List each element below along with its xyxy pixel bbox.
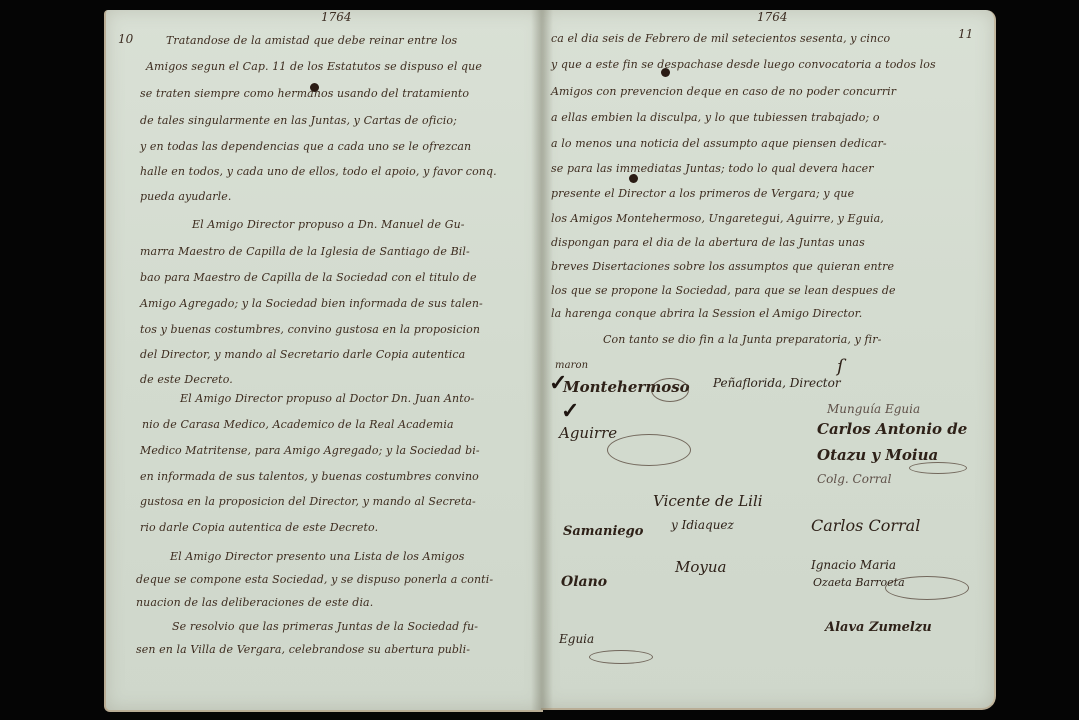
text-line: breves Disertaciones sobre los assumptos…	[551, 260, 894, 273]
text-line: Con tanto se dio fin a la Junta preparat…	[603, 333, 881, 346]
signature-flourish	[909, 462, 967, 474]
signature: Ignacio Maria	[811, 558, 896, 572]
text-line: Amigos segun el Cap. 11 de los Estatutos…	[146, 60, 482, 73]
text-line: de este Decreto.	[140, 373, 233, 386]
signature-flourish	[885, 576, 969, 600]
text-line: bao para Maestro de Capilla de la Socied…	[140, 271, 477, 284]
text-line: Amigo Agregado; y la Sociedad bien infor…	[140, 297, 483, 310]
signature: Vicente de Lili	[653, 492, 763, 510]
signature-flourish	[589, 650, 653, 664]
signature: Otazu y Moiua	[817, 446, 938, 464]
ink-blot	[661, 68, 670, 77]
text-line: nuacion de las deliberaciones de este di…	[136, 596, 373, 609]
text-line: presente el Director a los primeros de V…	[551, 187, 854, 200]
left-page: 1764 10 Tratandose de la amistad que deb…	[104, 10, 543, 712]
folio-number-left: 10	[118, 32, 133, 46]
signature: Carlos Antonio de	[817, 420, 967, 438]
text-line: tos y buenas costumbres, convino gustosa…	[140, 323, 480, 336]
text-line: del Director, y mando al Secretario darl…	[140, 348, 465, 361]
text-line: se traten siempre como hermanos usando d…	[140, 87, 469, 100]
text-line: nio de Carasa Medico, Academico de la Re…	[142, 418, 454, 431]
text-line: halle en todos, y cada uno de ellos, tod…	[140, 165, 497, 178]
text-line: los que se propone la Sociedad, para que…	[551, 284, 896, 297]
text-line: Se resolvio que las primeras Juntas de l…	[172, 620, 478, 633]
signature: Colg. Corral	[817, 472, 891, 486]
signature: y Idiaquez	[671, 518, 734, 532]
text-line: sen en la Villa de Vergara, celebrandose…	[136, 643, 470, 656]
year-header-right: 1764	[757, 10, 788, 24]
signature-flourish	[651, 378, 689, 402]
text-line: de tales singularmente en las Juntas, y …	[140, 114, 457, 127]
text-line: rio darle Copia autentica de este Decret…	[140, 521, 378, 534]
text-line: ca el dia seis de Febrero de mil setecie…	[551, 32, 890, 45]
signature: Moyua	[675, 558, 726, 576]
signature: Carlos Corral	[811, 516, 920, 535]
ink-blot	[629, 174, 638, 183]
ink-blot	[310, 83, 319, 92]
signature-flourish	[607, 434, 691, 466]
signature: Alava Zumelzu	[825, 620, 932, 635]
text-line: Tratandose de la amistad que debe reinar…	[166, 34, 457, 47]
text-line: El Amigo Director propuso al Doctor Dn. …	[180, 392, 474, 405]
signature: Peñaflorida, Director	[713, 376, 841, 390]
text-line: en informada de sus talentos, y buenas c…	[140, 470, 479, 483]
signature-mark: ſ	[837, 356, 844, 377]
text-line: la harenga conque abrira la Session el A…	[551, 307, 862, 320]
text-line: El Amigo Director propuso a Dn. Manuel d…	[192, 218, 465, 231]
text-line: a lo menos una noticia del assumpto aque…	[551, 137, 887, 150]
year-header-left: 1764	[321, 10, 352, 24]
text-line: pueda ayudarle.	[140, 190, 231, 203]
text-line: gustosa en la proposicion del Director, …	[140, 495, 476, 508]
signature: Samaniego	[563, 524, 643, 539]
text-line: marra Maestro de Capilla de la Iglesia d…	[140, 245, 470, 258]
right-page: 1764 11 ca el dia seis de Febrero de mil…	[541, 10, 996, 710]
signature: Eguia	[559, 632, 594, 646]
text-line: Medico Matritense, para Amigo Agregado; …	[140, 444, 480, 457]
manuscript-spread: 1764 10 Tratandose de la amistad que deb…	[0, 0, 1079, 720]
text-line: El Amigo Director presento una Lista de …	[170, 550, 464, 563]
text-line: y que a este fin se despachase desde lue…	[551, 58, 936, 71]
signature: Munguía Eguia	[827, 402, 920, 416]
checkmark-icon: ✓	[561, 398, 579, 424]
text-line: dispongan para el dia de la abertura de …	[551, 236, 865, 249]
signature: Olano	[561, 574, 607, 590]
text-line: y en todas las dependencias que a cada u…	[140, 140, 471, 153]
text-line: se para las immediatas Juntas; todo lo q…	[551, 162, 874, 175]
signature: Aguirre	[559, 424, 617, 442]
text-line: los Amigos Montehermoso, Ungaretegui, Ag…	[551, 212, 884, 225]
text-line: a ellas embien la disculpa, y lo que tub…	[551, 111, 880, 124]
text-line: Amigos con prevencion deque en caso de n…	[551, 85, 896, 98]
text-line: deque se compone esta Sociedad, y se dis…	[136, 573, 493, 586]
folio-number-right: 11	[958, 27, 973, 41]
